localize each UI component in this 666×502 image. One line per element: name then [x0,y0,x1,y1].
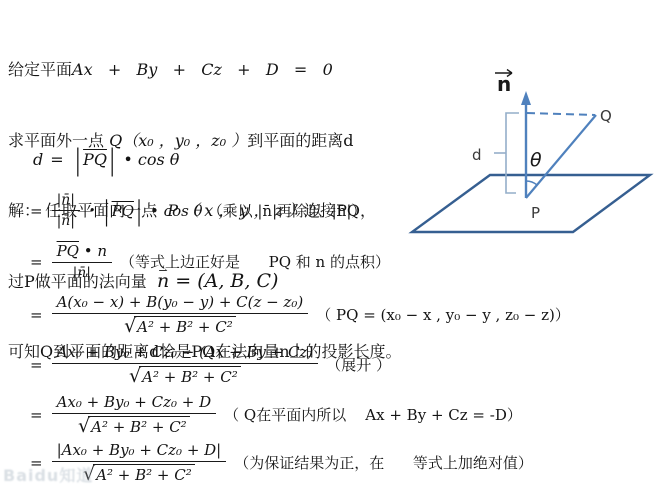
denominator: √A² + B² + C² [83,462,195,484]
plane-diagram: n Q d θ P [396,60,666,252]
intro-line-1: 给定平面Ax + By + Cz + D = 0 [8,58,402,82]
distance-d-label: d [472,146,482,164]
intro-2-cn-a: 求平面外一点 [8,131,109,150]
equals-sign: = [30,406,43,424]
formula2-note: （乘以 |n̄|再除以 |n̄|） [208,200,367,221]
radicand: A² + B² + C² [88,416,190,436]
numerator: Ax₀ + By₀ + Cz₀ + D [52,393,217,414]
distance-dashed-line [527,113,595,115]
dot-n-term: • n [79,242,107,260]
cos-theta-term: • cos θ [150,202,203,220]
radicand: A² + B² + C² [134,316,236,336]
formula-line-5: = Ax₀ + By₀ + Cz₀ − (Ax + By + Cz) √A² +… [30,343,391,386]
abs-bar: | [75,142,80,176]
formula6-note: （ Q在平面内所以 Ax + By + Cz = -D） [224,404,522,425]
n-vector-label: n [497,72,511,96]
watermark: Baidu知道 [3,463,93,486]
abs-bar: | [136,194,141,226]
pq-vector: PQ [83,150,107,169]
intro-1-cn: 给定平面 [8,60,72,79]
equals-sign: = [30,253,43,271]
radicand: A² + B² + C² [139,366,241,386]
normal-vector-arrowhead [521,91,531,105]
equals-sign: = [30,356,43,374]
denominator: √A² + B² + C² [129,364,241,386]
formula3-note: （等式上边正好是 PQ 和 n 的点积） [120,251,390,272]
denominator: |n̄| [73,263,91,281]
theta-angle-arc [526,181,537,185]
numerator: |n̄| [52,192,80,211]
formula7-note: （为保证结果为正，在 等式上加绝对值） [234,452,533,473]
dot-operator: • [89,204,96,217]
formula1-lhs: d [33,150,43,169]
numerator: A(x₀ − x) + B(y₀ − y) + C(z − z₀) [52,293,309,314]
formula-line-3: = PQ • n |n̄| （等式上边正好是 PQ 和 n 的点积） [30,242,390,281]
pq-vector: PQ [57,242,79,260]
equals-sign: = [50,150,63,169]
fraction: PQ • n |n̄| [52,242,112,281]
numerator: PQ • n [52,242,112,263]
formula-line-7: = |Ax₀ + By₀ + Cz₀ + D| √A² + B² + C² （为… [30,441,533,484]
formula-line-6: = Ax₀ + By₀ + Cz₀ + D √A² + B² + C² （ Q在… [30,393,522,436]
equals-sign: = [30,306,43,324]
fraction: A(x₀ − x) + B(y₀ − y) + C(z − z₀) √A² + … [52,293,309,336]
denominator: √A² + B² + C² [124,314,236,336]
numerator: Ax₀ + By₀ + Cz₀ − (Ax + By + Cz) [52,343,319,364]
formula-line-2: = |n̄| |n̄| • |PQ| • cos θ （乘以 |n̄|再除以 |… [30,192,366,229]
intro-2-cn-b: 到平面的距离d [247,131,353,150]
document-page: 给定平面Ax + By + Cz + D = 0 求平面外一点 Q（x₀ ，y₀… [0,0,666,502]
point-q-label: Q [600,107,612,125]
formula5-note: （展开 ） [326,354,391,375]
fraction: |n̄| |n̄| [52,192,80,229]
plane-equation: Ax + By + Cz + D = 0 [72,60,333,79]
numerator: |Ax₀ + By₀ + Cz₀ + D| [52,441,227,462]
point-p-label: P [531,204,540,222]
intro-line-2: 求平面外一点 Q（x₀ ，y₀ ，z₀ ）到平面的距离d [8,129,402,153]
denominator: |n̄| [57,211,75,229]
abs-bar: | [104,194,109,226]
denominator: √A² + B² + C² [78,414,190,436]
fraction: Ax₀ + By₀ + Cz₀ + D √A² + B² + C² [52,393,217,436]
abs-bar: | [109,142,114,176]
pq-vector: PQ [112,202,134,220]
formula-line-4: = A(x₀ − x) + B(y₀ − y) + C(z − z₀) √A² … [30,293,570,336]
point-q-coords: Q（x₀ ，y₀ ，z₀ ） [109,131,247,150]
dimension-bracket [506,113,519,193]
cos-theta-term: • cos θ [123,150,179,169]
formula-line-1: d = |PQ| • cos θ [33,150,179,169]
equals-sign: = [30,202,43,220]
theta-label: θ [530,149,542,171]
formula4-note: （ PQ = (x₀ − x , y₀ − y , z₀ − z)） [316,304,570,325]
fraction: Ax₀ + By₀ + Cz₀ − (Ax + By + Cz) √A² + B… [52,343,319,386]
radicand: A² + B² + C² [93,464,195,484]
